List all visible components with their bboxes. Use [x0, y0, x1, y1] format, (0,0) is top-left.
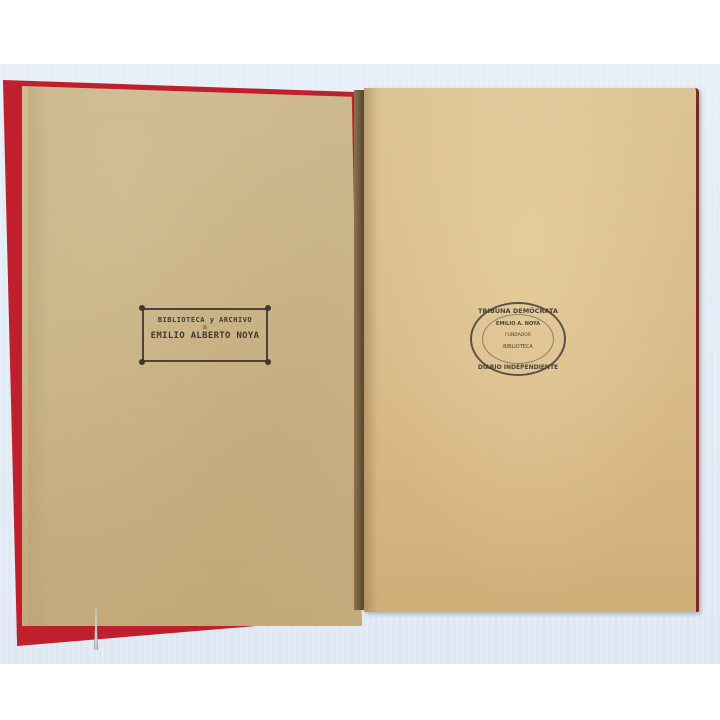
- stamp-line-3: BIBLIOTECA: [472, 344, 564, 350]
- stamp-corner-dot: [265, 359, 271, 365]
- stamp-top-arc: TRIBUNA DEMÓCRATA: [472, 307, 564, 315]
- stamp-corner-dot: [139, 359, 145, 365]
- stamp-line-3: EMILIO ALBERTO NOYA: [144, 331, 266, 341]
- library-stamp-oval: TRIBUNA DEMÓCRATA EMILIO A. NOYA FUNDADO…: [470, 302, 566, 376]
- stamp-corner-dot: [139, 305, 145, 311]
- stamp-corner-dot: [265, 305, 271, 311]
- stamp-line-1: BIBLIOTECA y ARCHIVO: [144, 316, 266, 324]
- page-shadow: [364, 88, 378, 612]
- stamp-line-2: FUNDADOR: [472, 333, 564, 338]
- stamp-line-2: DE: [144, 325, 266, 330]
- endpaper-fold: [28, 86, 50, 626]
- library-stamp-rectangular: BIBLIOTECA y ARCHIVO DE EMILIO ALBERTO N…: [142, 308, 268, 362]
- stamp-line-1: EMILIO A. NOYA: [472, 321, 564, 327]
- stamp-bottom-arc: DIARIO INDEPENDIENTE: [472, 364, 564, 371]
